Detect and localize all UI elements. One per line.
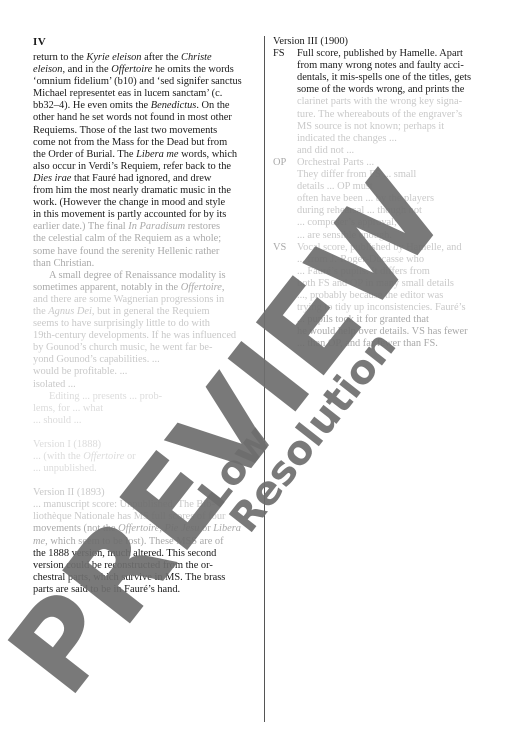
text-line: both FS and OP in many small details — [297, 278, 497, 290]
text-line: and there are some Wagnerian progression… — [33, 294, 255, 306]
text-line: would be profitable. ... — [33, 366, 255, 378]
text-line: A small degree of Renaissance modality i… — [33, 270, 255, 282]
text-line: come not from the Mass for the Dead but … — [33, 137, 255, 149]
section-heading-version-iii: Version III (1900) — [273, 36, 497, 48]
text-line: Full score, published by Hamelle. Apart — [297, 48, 497, 60]
text-line: indicated the changes ... — [297, 133, 497, 145]
text-line: during rehearsal ... though not — [297, 205, 497, 217]
source-abbreviation: FS — [273, 48, 297, 157]
text-line: sometimes apparent, notably in the Offer… — [33, 282, 255, 294]
text-line: ... unpublished. — [33, 463, 255, 475]
paragraph-v2: Version II (1893)... manuscript score: U… — [33, 487, 255, 596]
text-line: Orchestral Parts ... — [297, 157, 497, 169]
right-column: Version III (1900) FSFull score, publish… — [273, 36, 497, 362]
text-line: often have been ... by the players — [297, 193, 497, 205]
page-number: IV — [33, 36, 46, 48]
text-line: some of the words wrong, and prints the — [297, 84, 497, 96]
text-line: ‘omnium fidelium’ (b10) and ‘sed signife… — [33, 76, 255, 88]
text-line: the 1888 version, much altered. This sec… — [33, 548, 255, 560]
text-line: from many wrong notes and faulty acci- — [297, 60, 497, 72]
text-line: some have found the serenity Hellenic ra… — [33, 246, 255, 258]
text-line: by Gounod’s church music, he went far be… — [33, 342, 255, 354]
text-line: Editing ... presents ... prob- — [33, 391, 255, 403]
source-entry-fs: FSFull score, published by Hamelle. Apar… — [273, 48, 497, 157]
text-line: eleison, and in the Offertoire he omits … — [33, 64, 255, 76]
text-line: seems to have surprisingly little to do … — [33, 318, 255, 330]
source-entry-vs: VSVocal score, published by Hamelle, and… — [273, 242, 497, 351]
text-line: ... should ... — [33, 415, 255, 427]
text-line: movements (not the Offertoire, Pie Jesu … — [33, 523, 255, 535]
text-line: ... from J.-Roger-Ducasse who — [297, 254, 497, 266]
text-line: trying to tidy up inconsistencies. Fauré… — [297, 302, 497, 314]
paragraph-v1: Version I (1888)... (with the Offertoire… — [33, 439, 255, 475]
text-line: ... (with the Offertoire or — [33, 451, 255, 463]
column-divider — [264, 36, 265, 722]
text-line: the Agnus Dei, but in general the Requie… — [33, 306, 255, 318]
source-description: Vocal score, published by Hamelle, and..… — [297, 242, 497, 351]
text-line: Requiems. Those of the last two movement… — [33, 125, 255, 137]
text-line: 19th-century developments. If he was inf… — [33, 330, 255, 342]
text-line: ... are sensible enough. — [297, 230, 497, 242]
source-entry-op: OPOrchestral Parts ...They differ from F… — [273, 157, 497, 242]
text-line: parts are said to be in Fauré’s hand. — [33, 584, 255, 596]
text-line: dentals, it mis-spells one of the titles… — [297, 72, 497, 84]
source-description: Orchestral Parts ...They differ from FS … — [297, 157, 497, 242]
text-line: the Order of Burial. The Libera me words… — [33, 149, 255, 161]
text-line: Dies irae that Fauré had ignored, and dr… — [33, 173, 255, 185]
text-line: version could be reconstructed from the … — [33, 560, 255, 572]
text-line: Version I (1888) — [33, 439, 255, 451]
text-line: ..., probably because the editor was — [297, 290, 497, 302]
text-line: ... Fauré’s pupils. It differs from — [297, 266, 497, 278]
text-line: from him the most nearly dramatic music … — [33, 185, 255, 197]
text-line: isolated ... — [33, 379, 255, 391]
text-line: earlier date.) The final In Paradisum re… — [33, 221, 255, 233]
text-line: chestral parts, which survive in MS. The… — [33, 572, 255, 584]
text-line: MS source is not known; perhaps it — [297, 121, 497, 133]
text-line: Michael representet eas in lucem sanctam… — [33, 88, 255, 100]
text-line: other hand he set words not found in mos… — [33, 112, 255, 124]
text-line: me, which seem to be lost). These MSS ar… — [33, 536, 255, 548]
text-line: yond Gounod’s capabilities. ... — [33, 354, 255, 366]
paragraph-p1: return to the Kyrie eleison after the Ch… — [33, 52, 255, 270]
text-line: ... composer’s approval; — [297, 217, 497, 229]
left-column: return to the Kyrie eleison after the Ch… — [33, 52, 255, 596]
source-abbreviation: OP — [273, 157, 297, 242]
text-line: and did not ... — [297, 145, 497, 157]
text-line: ... manuscript score: Unpublished. The B… — [33, 499, 255, 511]
text-line: Vocal score, published by Hamelle, and — [297, 242, 497, 254]
text-line: bb32–4). He even omits the Benedictus. O… — [33, 100, 255, 112]
text-line: work. (However the change in mood and st… — [33, 197, 255, 209]
text-line: Version II (1893) — [33, 487, 255, 499]
text-line: in this movement is partly accounted for… — [33, 209, 255, 221]
paragraph-p2: A small degree of Renaissance modality i… — [33, 270, 255, 391]
text-line: the celestial calm of the Requiem as a w… — [33, 233, 255, 245]
text-line: also occur in Verdi’s Requiem, refer bac… — [33, 161, 255, 173]
source-abbreviation: VS — [273, 242, 297, 351]
text-line: ... pupils took it for granted that — [297, 314, 497, 326]
text-line: They differ from FS ... small — [297, 169, 497, 181]
text-line: return to the Kyrie eleison after the Ch… — [33, 52, 255, 64]
text-line: details ... OP must — [297, 181, 497, 193]
text-line: ... than OP, and far fewer than FS. — [297, 338, 497, 350]
text-line: than Christian. — [33, 258, 255, 270]
text-line: he would help over details. VS has fewer — [297, 326, 497, 338]
text-line: lems, for ... what — [33, 403, 255, 415]
text-line: ture. The whereabouts of the engraver’s — [297, 109, 497, 121]
paragraph-p3: Editing ... presents ... prob-lems, for … — [33, 391, 255, 427]
text-line: clarinet parts with the wrong key signa- — [297, 96, 497, 108]
text-line: liothèque Nationale has MS full scores o… — [33, 511, 255, 523]
document-page: IV return to the Kyrie eleison after the… — [0, 0, 530, 750]
source-description: Full score, published by Hamelle. Apartf… — [297, 48, 497, 157]
